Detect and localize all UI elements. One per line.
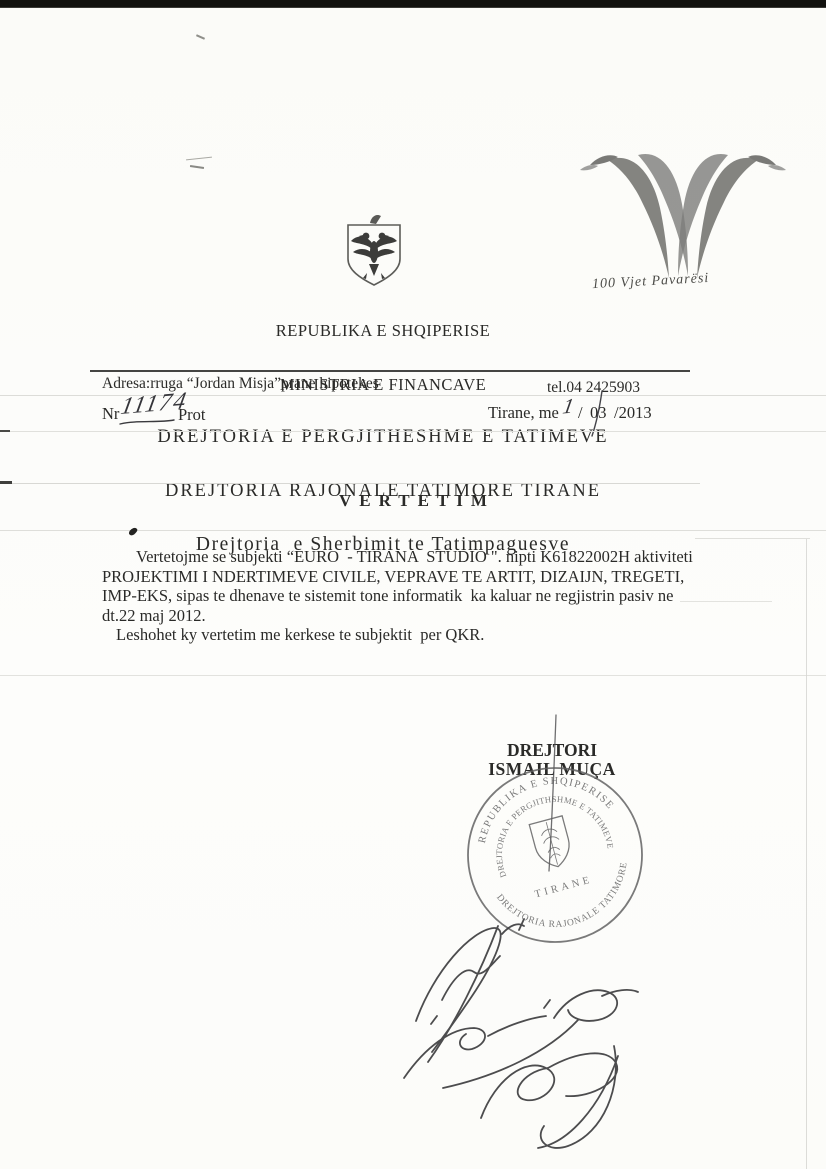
body-line: IMP-EKS, sipas te dhenave te sistemit to… bbox=[102, 586, 782, 606]
certificate-body: Vertetojme se subjekti “EURO - TIRANA ST… bbox=[102, 547, 782, 645]
stamp-center-text: TIRANE bbox=[534, 874, 594, 900]
scan-edge-artifact bbox=[806, 538, 807, 1169]
scan-top-edge-artifact bbox=[0, 0, 826, 8]
scan-line-artifact bbox=[0, 675, 826, 676]
stamp-shield bbox=[529, 816, 574, 871]
certificate-title: VERTETIM bbox=[0, 491, 826, 511]
scan-line-artifact bbox=[0, 431, 826, 432]
letterhead: REPUBLIKA E SHQIPERISE MINISTRIA E FINAN… bbox=[58, 286, 708, 590]
address-text: Adresa:rruga “Jordan Misja”prane hipotek… bbox=[102, 375, 379, 393]
body-line: dt.22 maj 2012. bbox=[102, 606, 782, 626]
date-separator: / bbox=[578, 403, 583, 423]
scan-line-artifact bbox=[0, 483, 700, 484]
body-line: PROJEKTIMI I NDERTIMEVE CIVILE, VEPRAVE … bbox=[102, 567, 782, 587]
body-line: Vertetojme se subjekti “EURO - TIRANA ST… bbox=[102, 547, 782, 567]
scan-line-artifact bbox=[695, 538, 810, 539]
eagle-plumes bbox=[580, 154, 786, 278]
scan-line-artifact bbox=[0, 430, 10, 432]
body-line: Leshohet ky vertetim me kerkese te subje… bbox=[102, 625, 782, 645]
scan-line-artifact bbox=[0, 530, 826, 531]
letterhead-rule bbox=[90, 370, 690, 372]
scan-line-artifact bbox=[680, 601, 772, 602]
independence-100-years-logo-icon bbox=[578, 138, 788, 278]
scanned-certificate-page: 100 Vjet Pavarësi REPUBLIKA E SHQIPERISE… bbox=[0, 0, 826, 1169]
date-prefix: Tirane, me bbox=[488, 403, 559, 423]
albanian-double-headed-eagle-emblem-icon bbox=[341, 211, 407, 289]
scan-line-artifact bbox=[0, 481, 12, 484]
protocol-prot-label: Prot bbox=[178, 405, 206, 425]
scan-smudge-artifact bbox=[186, 157, 212, 161]
scan-speck-artifact bbox=[196, 34, 205, 39]
date-year: /2013 bbox=[614, 403, 652, 423]
protocol-nr-label: Nr bbox=[102, 404, 119, 424]
handwritten-underline bbox=[118, 418, 176, 428]
double-headed-eagle bbox=[351, 233, 397, 279]
helmet-icon bbox=[370, 215, 381, 224]
scan-smudge-artifact bbox=[190, 165, 204, 169]
handwritten-signature-icon bbox=[396, 916, 711, 1166]
header-line: REPUBLIKA E SHQIPERISE bbox=[58, 322, 708, 340]
